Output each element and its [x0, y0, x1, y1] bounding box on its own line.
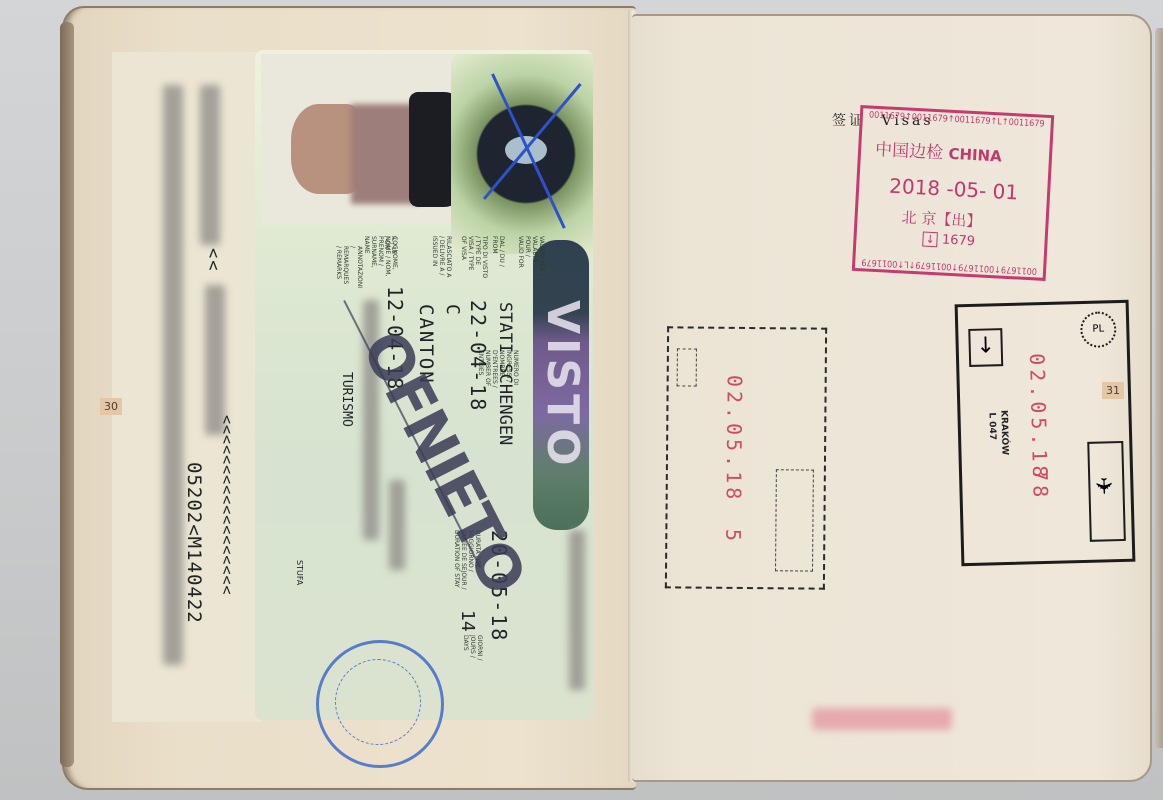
label-remarks: ANNOTAZIONI / REMARQUES / REMARKS: [335, 246, 363, 286]
visa-name2-redacted: [389, 480, 405, 570]
mrz-line1-tail: 05202<M140422: [183, 462, 205, 624]
china-stamp-title-cn: 中国边检: [875, 140, 944, 164]
china-stamp-title-en: CHINA: [948, 145, 1002, 166]
passport-serial-redacted: [812, 708, 952, 730]
consular-round-stamp: [316, 640, 444, 768]
china-stamp-officer-number: 1679: [941, 232, 975, 249]
faded-stamp-number: 5: [721, 529, 745, 545]
poland-entry-stamp: ↓ PL 02.05.18 78 KRAKÓW L 047 ✈: [955, 300, 1136, 566]
china-stamp-city-name: 北 京: [901, 208, 937, 228]
label-type: TIPO DI VISTO / TYPE DE VISA / TYPE OF V…: [460, 236, 488, 280]
poland-stamp-number: 78: [1028, 469, 1053, 502]
poland-stamp-place: KRAKÓW: [998, 410, 1009, 455]
page-number-left: 30: [100, 398, 122, 415]
label-valid-for: VALIDO PER / VALABLE POUR / VALID FOR: [517, 236, 545, 276]
entry-arrow-icon: ↓: [968, 328, 1003, 367]
china-exit-stamp: 0011679↑0011679↑0011679↑L↑0011679↑C↑0011…: [852, 105, 1054, 281]
label-from: DAL / DU / FROM: [491, 236, 505, 276]
china-stamp-city: 北 京【出】: [901, 206, 982, 231]
exit-arrow-icon: ↓: [922, 231, 938, 247]
visa-from-date: 22-04-18: [466, 300, 490, 412]
faded-entry-stamp: 02.05.18 5: [665, 326, 827, 589]
visa-number-redacted: [569, 530, 585, 690]
visa-extra-text: STUFA: [295, 560, 304, 585]
mrz-line2-redacted-top: [200, 85, 220, 245]
mrz-line1-redacted: [163, 85, 183, 665]
consular-stamp-inner-ring: [335, 659, 421, 745]
airplane-icon: ✈: [1090, 476, 1115, 495]
visa-valid-for: STATI SCHENGEN: [495, 302, 515, 445]
china-stamp-title: 中国边检 CHINA: [875, 135, 1003, 167]
visa-photo: [261, 54, 457, 224]
photo-face: [291, 94, 451, 214]
china-stamp-date: 2018 -05- 01: [889, 174, 1019, 205]
airplane-icon-box: ✈: [1087, 441, 1126, 542]
mrz-line2-redacted-mid: [205, 285, 225, 435]
page-edge-right: [1155, 28, 1163, 748]
visa-remarks: TURISMO: [339, 372, 354, 427]
mrz-line2-chevrons-a: <<: [203, 248, 223, 272]
china-stamp-border-bottom: 0011679↑0011679↑0011679↑L↑0011679↑C↑0011…: [861, 256, 1037, 275]
visa-hologram: [451, 54, 593, 254]
eu-stars-pl-icon: PL: [1080, 311, 1117, 348]
china-stamp-border-text: 0011679↑0011679↑0011679↑L↑0011679↑C↑0011…: [869, 111, 1045, 130]
visa-type: C: [442, 304, 463, 315]
poland-stamp-code: L 047: [986, 412, 997, 440]
faded-stamp-arrow-box: [677, 348, 697, 386]
mrz-line2-chevrons: <<<<<<<<<<<<<<<<<<: [218, 415, 236, 596]
page-edge-left: [60, 22, 74, 767]
label-issued-in: RILASCIATO A / DELIVRE A / ISSUED IN: [431, 236, 452, 280]
china-stamp-direction: 【出】: [936, 210, 982, 230]
label-name: COGNOME, NOME / NOM, PRENOM / SURNAME, N…: [363, 236, 398, 284]
faded-stamp-date: 02.05.18: [722, 375, 747, 504]
poland-stamp-date: 02.05.18: [1025, 353, 1052, 482]
faded-stamp-airport-box: [775, 469, 814, 571]
visa-duration: 14: [457, 610, 478, 632]
label-days: GIORNI / JOURS / DAYS: [462, 635, 483, 663]
china-stamp-officer: ↓ 1679: [922, 231, 975, 249]
visa-band-text: VISTO: [537, 300, 588, 470]
